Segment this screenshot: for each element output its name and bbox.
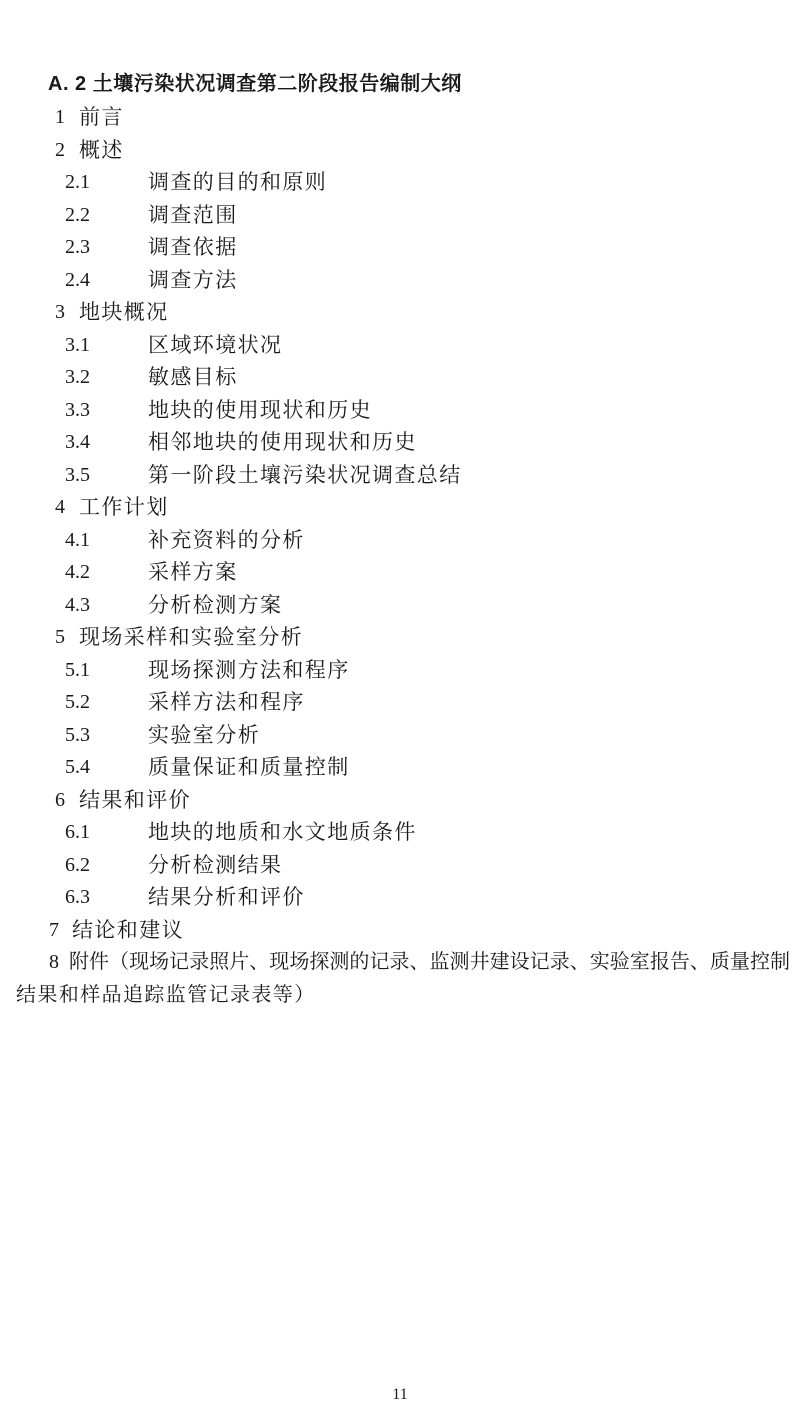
outline-item-number: 5.3 [65, 719, 148, 752]
outline-item-label: 质量保证和质量控制 [148, 751, 350, 784]
outline-item: 7 结论和建议 [16, 914, 790, 947]
outline-item-number: 7 [49, 914, 72, 947]
outline-item-number: 3.2 [65, 361, 148, 394]
outline-item-number: 2.4 [65, 264, 148, 297]
outline-item: 5.3 实验室分析 [16, 719, 790, 752]
outline-item-number: 4.1 [65, 524, 148, 557]
outline-item: 5 现场采样和实验室分析 [16, 621, 790, 654]
outline-item-label: 敏感目标 [148, 361, 238, 394]
outline-item-number: 3.4 [65, 426, 148, 459]
outline-item-label: 地块的使用现状和历史 [148, 394, 372, 427]
outline-item-label: 实验室分析 [148, 719, 260, 752]
outline-item-number: 3.3 [65, 394, 148, 427]
outline-item-number: 5.2 [65, 686, 148, 719]
outline-item: 2.2 调查范围 [16, 199, 790, 232]
outline-item: 3.3 地块的使用现状和历史 [16, 394, 790, 427]
outline-item: 2.3 调查依据 [16, 231, 790, 264]
outline-item-number: 5 [55, 621, 79, 654]
outline-item: 3.5 第一阶段土壤污染状况调查总结 [16, 459, 790, 492]
outline-item-label: 结论和建议 [72, 914, 184, 947]
outline-item-label: 前言 [79, 101, 124, 134]
outline-item: 2.4 调查方法 [16, 264, 790, 297]
outline-item-number: 2.2 [65, 199, 148, 232]
outline-item-number: 2.1 [65, 166, 148, 199]
outline-item-number: 3.1 [65, 329, 148, 362]
outline-item: 5.4 质量保证和质量控制 [16, 751, 790, 784]
outline-item: 4.2 采样方案 [16, 556, 790, 589]
outline-item: 5.1 现场探测方法和程序 [16, 654, 790, 687]
outline-item-label: 结果和评价 [79, 784, 191, 817]
outline-item-number: 6.3 [65, 881, 148, 914]
document-content: A. 2 土壤污染状况调查第二阶段报告编制大纲 1 前言 2 概述 2.1 调查… [16, 68, 790, 1011]
outline-item: 2 概述 [16, 134, 790, 167]
outline-item-number: 4.2 [65, 556, 148, 589]
outline-item-label: 地块概况 [79, 296, 169, 329]
outline-item: 4.1 补充资料的分析 [16, 524, 790, 557]
outline-item-label: 概述 [79, 134, 124, 167]
section-title: A. 2 土壤污染状况调查第二阶段报告编制大纲 [48, 68, 790, 101]
outline-item-label: 采样方法和程序 [148, 686, 305, 719]
outline-item-number: 2 [55, 134, 79, 167]
outline-item: 3.4 相邻地块的使用现状和历史 [16, 426, 790, 459]
outline-item-number: 6 [55, 784, 79, 817]
outline-item: 6.3 结果分析和评价 [16, 881, 790, 914]
outline-item-label: 相邻地块的使用现状和历史 [148, 426, 417, 459]
outline-item: 1 前言 [16, 101, 790, 134]
outline-item-number: 5.1 [65, 654, 148, 687]
outline-item: 6.2 分析检测结果 [16, 849, 790, 882]
outline-item-number: 5.4 [65, 751, 148, 784]
outline-item-number: 3.5 [65, 459, 148, 492]
page-number: 11 [0, 1384, 800, 1406]
outline-item-label: 现场采样和实验室分析 [79, 621, 303, 654]
outline-item-label: 调查的目的和原则 [148, 166, 327, 199]
outline-item-number: 4 [55, 491, 79, 524]
outline-item: 5.2 采样方法和程序 [16, 686, 790, 719]
outline-item: 3.1 区域环境状况 [16, 329, 790, 362]
outline-item: 4 工作计划 [16, 491, 790, 524]
outline-item-number: 6.1 [65, 816, 148, 849]
outline-item-label: 现场探测方法和程序 [148, 654, 350, 687]
outline-item-label: 工作计划 [79, 491, 169, 524]
outline-item-attachment: 8附件（现场记录照片、现场探测的记录、监测井建设记录、实验室报告、质量控制 结果… [16, 946, 790, 1011]
attachment-line-2: 结果和样品追踪监管记录表等） [16, 979, 790, 1012]
outline-item: 2.1 调查的目的和原则 [16, 166, 790, 199]
outline-item: 6.1 地块的地质和水文地质条件 [16, 816, 790, 849]
outline-item-label: 分析检测方案 [148, 589, 282, 622]
outline-item-label: 结果分析和评价 [148, 881, 305, 914]
outline-item-label: 分析检测结果 [148, 849, 282, 882]
outline-list: 1 前言 2 概述 2.1 调查的目的和原则 2.2 调查范围 2.3 调查依据… [16, 101, 790, 946]
outline-item-label: 第一阶段土壤污染状况调查总结 [148, 459, 462, 492]
outline-item-label: 采样方案 [148, 556, 238, 589]
outline-item: 4.3 分析检测方案 [16, 589, 790, 622]
outline-item-number: 8 [49, 951, 69, 973]
outline-item-label: 地块的地质和水文地质条件 [148, 816, 417, 849]
outline-item: 3.2 敏感目标 [16, 361, 790, 394]
outline-item-label: 调查依据 [148, 231, 238, 264]
outline-item-label: 调查方法 [148, 264, 238, 297]
outline-item-number: 6.2 [65, 849, 148, 882]
attachment-line-1: 8附件（现场记录照片、现场探测的记录、监测井建设记录、实验室报告、质量控制 [16, 946, 790, 979]
outline-item-number: 4.3 [65, 589, 148, 622]
outline-item-number: 2.3 [65, 231, 148, 264]
outline-item: 6 结果和评价 [16, 784, 790, 817]
outline-item-label: 调查范围 [148, 199, 238, 232]
document-page: A. 2 土壤污染状况调查第二阶段报告编制大纲 1 前言 2 概述 2.1 调查… [0, 0, 800, 1418]
outline-item-label: 区域环境状况 [148, 329, 282, 362]
outline-item-label: 补充资料的分析 [148, 524, 305, 557]
outline-item: 3 地块概况 [16, 296, 790, 329]
outline-item-label: 附件（现场记录照片、现场探测的记录、监测井建设记录、实验室报告、质量控制 [69, 951, 790, 973]
outline-item-number: 3 [55, 296, 79, 329]
outline-item-number: 1 [55, 101, 79, 134]
